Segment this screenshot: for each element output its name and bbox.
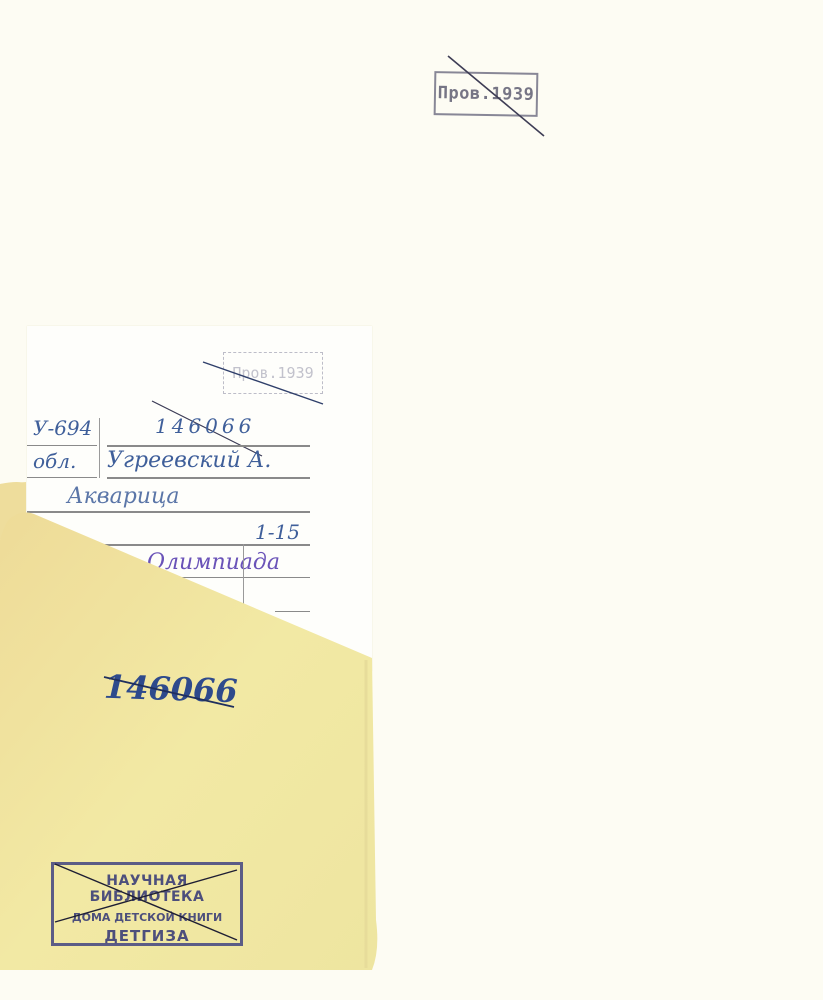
card-rule: [27, 477, 97, 478]
card-row-2-left: обл.: [33, 449, 76, 473]
card-faded-stamp: Пров.1939: [223, 352, 323, 394]
pocket-call-number: 146066: [103, 668, 238, 711]
stamp-line-2: ДОМА ДЕТСКОЙ КНИГИ: [54, 911, 240, 924]
card-rule: [107, 477, 310, 479]
card-column-divider: [99, 418, 100, 478]
card-row-1-right: 146066: [155, 414, 255, 438]
library-ownership-stamp: НАУЧНАЯ БИБЛИОТЕКА ДОМА ДЕТСКОЙ КНИГИ ДЕ…: [51, 862, 243, 946]
stamp-line-1: НАУЧНАЯ БИБЛИОТЕКА: [54, 873, 240, 905]
card-row-2-right: Угреевский А.: [107, 448, 271, 473]
card-row-1-left: У-694: [33, 416, 92, 440]
card-rule: [107, 445, 310, 447]
top-stamp-text: Пров.1939: [438, 83, 535, 105]
card-faded-stamp-text: Пров.1939: [232, 364, 313, 382]
stamp-line-3: ДЕТГИЗА: [54, 927, 240, 945]
top-inventory-stamp: Пров.1939: [434, 71, 539, 117]
card-rule: [27, 445, 97, 446]
